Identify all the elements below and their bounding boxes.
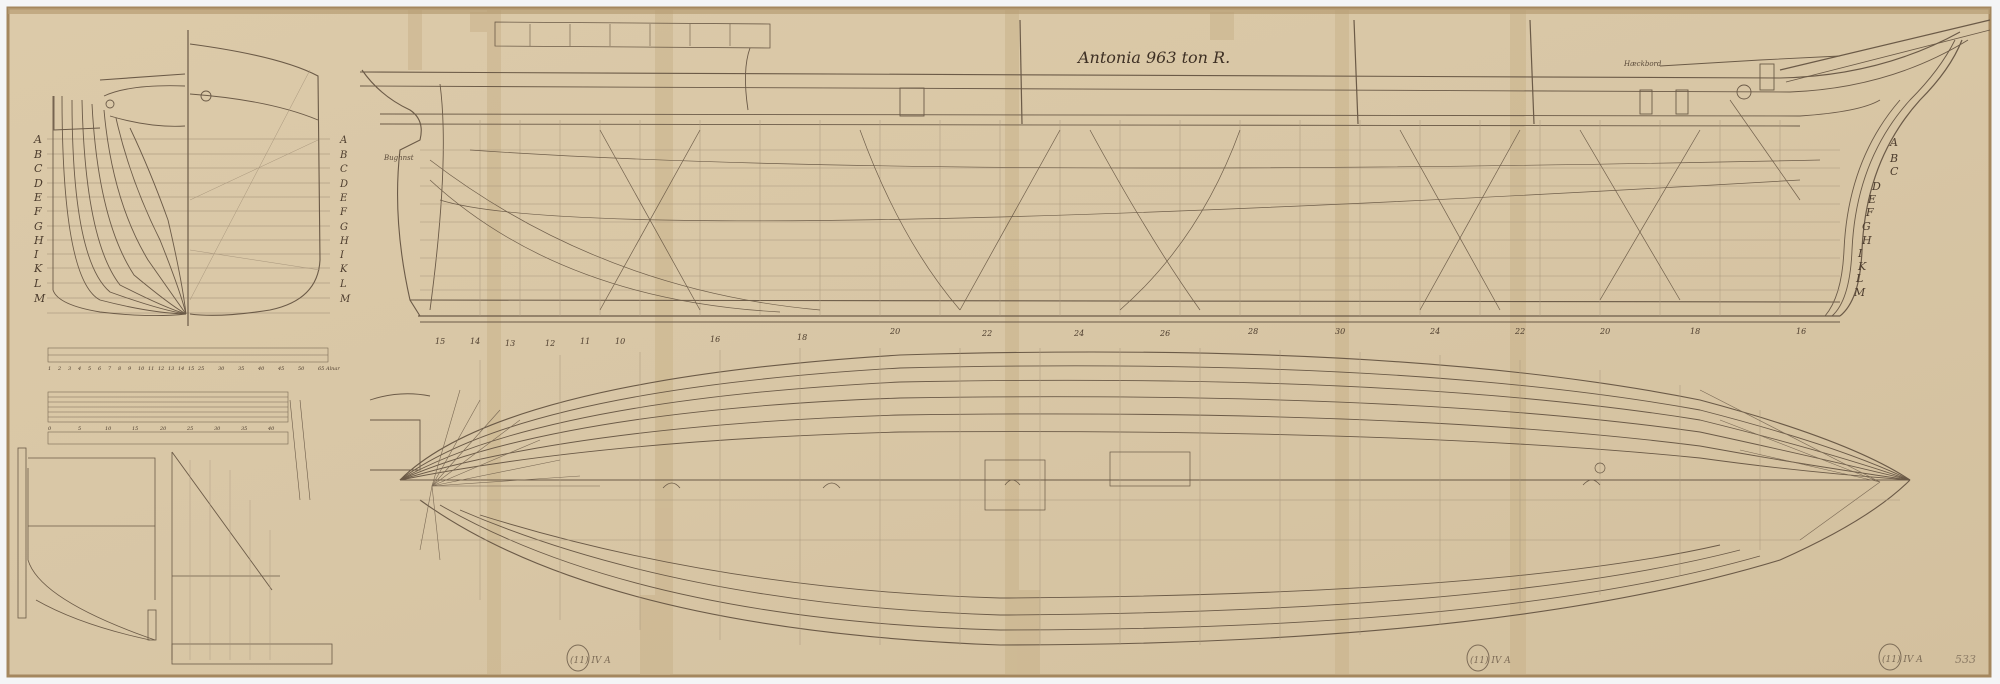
svg-text:A: A xyxy=(339,135,347,146)
svg-text:30: 30 xyxy=(218,366,225,372)
svg-text:14: 14 xyxy=(470,337,480,346)
svg-text:C: C xyxy=(1890,165,1899,178)
svg-text:3: 3 xyxy=(68,366,71,372)
sheet-number: 533 xyxy=(1955,653,1976,666)
svg-text:11: 11 xyxy=(580,337,590,346)
svg-text:25: 25 xyxy=(197,366,204,372)
svg-text:10: 10 xyxy=(105,426,112,432)
svg-text:E: E xyxy=(33,191,42,204)
ship-plan-drawing: A B C D E F G H I K L M A B C D E F G H … xyxy=(0,0,2000,684)
svg-text:24: 24 xyxy=(1429,327,1440,336)
svg-text:C: C xyxy=(34,162,43,175)
svg-text:H: H xyxy=(1861,234,1872,247)
svg-text:H: H xyxy=(339,236,349,247)
svg-text:B: B xyxy=(33,148,42,161)
svg-text:12: 12 xyxy=(545,339,555,348)
svg-text:18: 18 xyxy=(1690,327,1700,336)
svg-text:(11) IV A: (11) IV A xyxy=(1882,654,1923,665)
svg-text:11: 11 xyxy=(148,366,154,372)
svg-text:16: 16 xyxy=(1796,327,1806,336)
svg-text:10: 10 xyxy=(138,366,145,372)
svg-text:12: 12 xyxy=(158,366,164,372)
svg-text:35: 35 xyxy=(241,426,247,432)
svg-text:M: M xyxy=(339,294,351,305)
svg-text:20: 20 xyxy=(159,426,167,432)
svg-text:L: L xyxy=(339,279,347,290)
svg-text:1: 1 xyxy=(48,366,51,372)
svg-text:B: B xyxy=(1889,152,1898,165)
svg-text:H: H xyxy=(33,234,44,247)
svg-text:50: 50 xyxy=(298,366,305,372)
svg-text:40: 40 xyxy=(257,366,265,372)
svg-text:E: E xyxy=(339,193,348,204)
svg-text:F: F xyxy=(1865,206,1874,219)
svg-text:D: D xyxy=(33,177,43,190)
svg-text:F: F xyxy=(339,207,348,218)
svg-text:B: B xyxy=(339,150,347,161)
svg-text:15: 15 xyxy=(435,337,445,346)
svg-text:25: 25 xyxy=(186,426,193,432)
svg-text:2: 2 xyxy=(57,366,61,372)
svg-text:L: L xyxy=(1855,272,1863,285)
svg-text:20: 20 xyxy=(889,327,900,336)
svg-text:13: 13 xyxy=(168,366,174,372)
svg-text:K: K xyxy=(33,262,43,275)
svg-text:26: 26 xyxy=(1159,329,1170,338)
svg-text:4: 4 xyxy=(77,366,81,372)
svg-text:10: 10 xyxy=(615,337,625,346)
svg-text:F: F xyxy=(33,205,42,218)
svg-text:20: 20 xyxy=(1599,327,1610,336)
svg-text:A: A xyxy=(33,133,42,146)
svg-text:14: 14 xyxy=(178,366,184,372)
ship-plan-sheet: A B C D E F G H I K L M A B C D E F G H … xyxy=(0,0,2000,684)
svg-text:15: 15 xyxy=(188,366,194,372)
svg-text:D: D xyxy=(339,179,348,190)
svg-text:M: M xyxy=(1853,286,1866,299)
drawing-title: Antonia 963 ton R. xyxy=(1076,48,1230,67)
svg-text:E: E xyxy=(1867,193,1876,206)
svg-text:K: K xyxy=(339,264,348,275)
svg-text:M: M xyxy=(33,292,46,305)
svg-text:(11) IV A: (11) IV A xyxy=(570,655,611,666)
svg-text:I: I xyxy=(1857,247,1863,260)
svg-text:L: L xyxy=(33,277,41,290)
paper-sheet xyxy=(8,8,1990,676)
svg-text:65 Alnar: 65 Alnar xyxy=(318,366,340,372)
svg-text:28: 28 xyxy=(1247,327,1258,336)
svg-text:5: 5 xyxy=(88,366,91,372)
svg-text:30: 30 xyxy=(214,426,221,432)
svg-text:13: 13 xyxy=(505,339,515,348)
svg-text:(11) IV A: (11) IV A xyxy=(1470,655,1511,666)
stern-note: Hæckbord xyxy=(1623,60,1662,68)
svg-text:G: G xyxy=(1862,220,1871,233)
svg-text:16: 16 xyxy=(710,335,720,344)
svg-text:35: 35 xyxy=(238,366,244,372)
svg-text:45: 45 xyxy=(277,366,284,372)
svg-text:15: 15 xyxy=(132,426,138,432)
svg-text:18: 18 xyxy=(797,333,807,342)
svg-text:22: 22 xyxy=(981,329,992,338)
svg-text:C: C xyxy=(340,164,348,175)
svg-text:24: 24 xyxy=(1073,329,1084,338)
svg-text:8: 8 xyxy=(118,366,121,372)
svg-text:22: 22 xyxy=(1514,327,1525,336)
svg-text:5: 5 xyxy=(78,426,81,432)
svg-text:40: 40 xyxy=(267,426,275,432)
bow-note: Bughnst xyxy=(383,154,414,162)
svg-text:G: G xyxy=(34,220,43,233)
svg-text:I: I xyxy=(33,248,39,261)
svg-text:G: G xyxy=(340,222,348,233)
svg-text:A: A xyxy=(1889,136,1898,149)
svg-text:30: 30 xyxy=(1335,327,1345,336)
svg-text:D: D xyxy=(1871,180,1881,193)
